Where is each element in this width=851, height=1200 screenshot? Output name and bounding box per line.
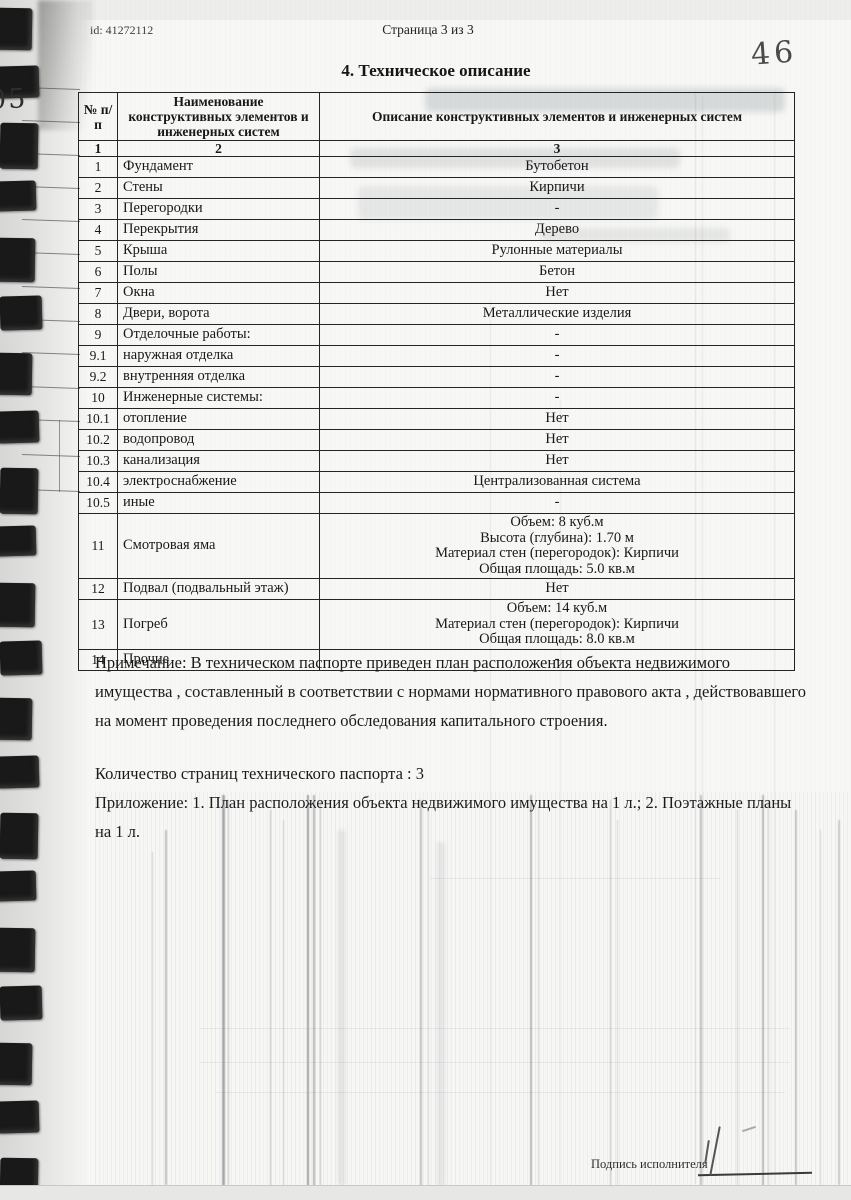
faint-grid-line bbox=[200, 1062, 790, 1063]
faint-grid-line bbox=[200, 1028, 790, 1029]
scan-texture-soft bbox=[80, 0, 851, 1200]
binding-tab bbox=[0, 640, 42, 675]
binding-tab bbox=[0, 123, 38, 170]
binding-tab bbox=[0, 410, 39, 443]
underlay-line bbox=[59, 420, 60, 492]
binding-tab bbox=[0, 353, 32, 396]
binding-tab bbox=[0, 238, 35, 283]
scanned-document-page: { "page": { "doc_id": "id: 41272112", "p… bbox=[0, 0, 851, 1200]
signature-label: Подпись исполнителя bbox=[591, 1157, 708, 1172]
binding-tab bbox=[0, 985, 42, 1020]
binding-tab bbox=[0, 698, 32, 741]
faint-grid-line bbox=[430, 878, 720, 879]
handwritten-margin-number: 05 bbox=[0, 83, 28, 115]
binding-tab bbox=[0, 870, 36, 901]
binding-tab bbox=[0, 295, 42, 330]
binding-tab bbox=[0, 525, 36, 556]
binding-tab bbox=[0, 813, 38, 860]
binding-tab bbox=[0, 1043, 32, 1086]
binding-tab bbox=[0, 755, 39, 788]
binding-tab bbox=[0, 1100, 39, 1133]
binding-tab bbox=[0, 180, 36, 211]
scan-bottom-edge bbox=[0, 1185, 851, 1200]
binding-tab bbox=[0, 928, 35, 973]
faint-grid-line bbox=[215, 1092, 785, 1093]
binding-tab bbox=[0, 583, 35, 628]
binding-tab bbox=[0, 468, 38, 515]
binding-tab bbox=[0, 8, 32, 51]
